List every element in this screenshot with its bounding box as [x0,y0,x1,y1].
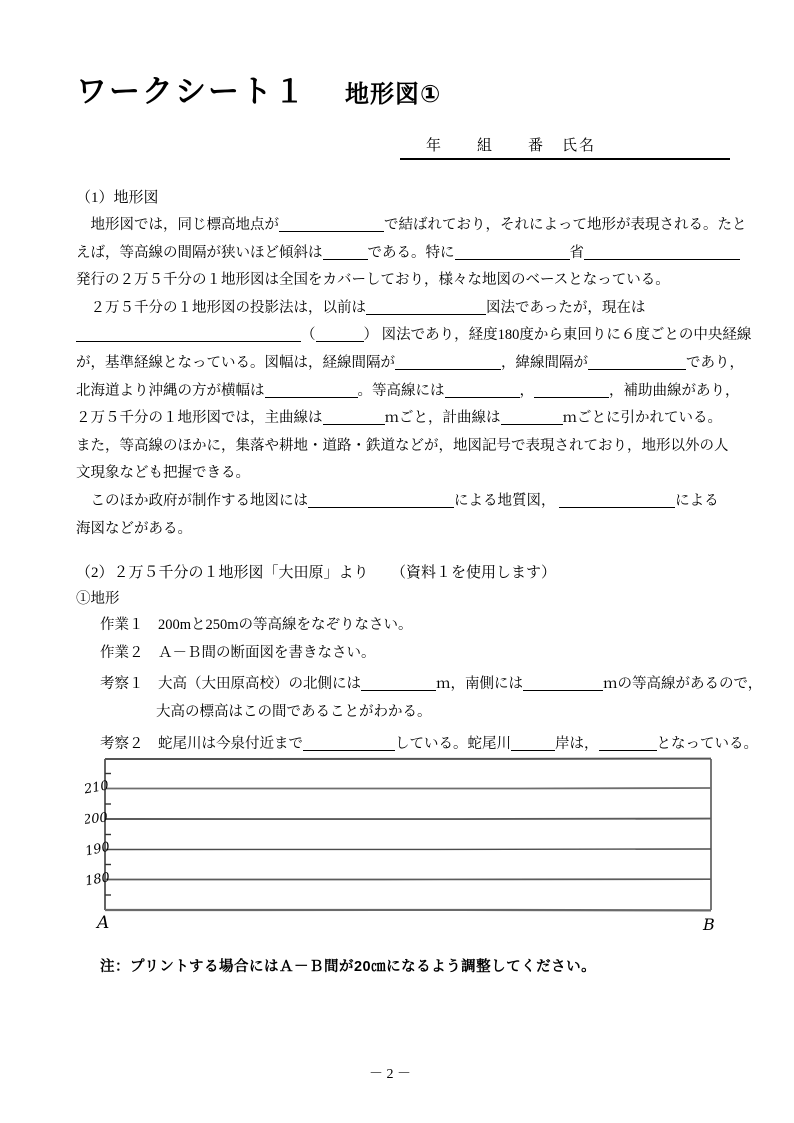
page-number: － 2 － [0,1063,780,1083]
worksheet-page: ワークシート１ 地形図① 年 組 番 氏名 （1）地形図 地形図では，同じ標高地… [0,0,794,1123]
text-segment: 作業１ 200mと250mの等高線をなぞりなさい。 [100,617,413,633]
text-segment: 大高の標高はこの間であることがわかる。 [156,704,432,720]
section2-text: 作業１ 200mと250mの等高線をなぞりなさい。作業２ Ａ－Ｂ間の断面図を書き… [76,612,730,758]
fill-in-blank [455,243,570,260]
text-line: 北海道より沖縄の方が横幅は。等高線には，，補助曲線があり， [76,378,730,406]
text-segment: ｍ，南側には [436,676,523,692]
text-line: また，等高線のほかに，集落や耕地・道路・鉄道などが，地図記号で表現されており，地… [76,433,730,461]
text-segment: で結ばれており，それによって地形が表現される。たと [384,217,747,233]
text-segment: による [675,493,719,509]
text-line: 考察１ 大高（大田原高校）の北側にはｍ，南側にはｍの等高線があるので， [76,671,730,699]
text-segment: 図法であったが，現在は [486,300,645,316]
fill-in-blank [445,381,520,398]
grid-svg: 210 200 190 180 A B [85,750,735,945]
fill-in-blank [584,243,740,260]
title-row: ワークシート１ 地形図① [76,66,730,110]
fill-in-blank [501,408,563,425]
section1-heading: （1）地形図 [76,184,730,212]
text-segment: ｍごとに引かれている。 [563,410,723,426]
fill-in-blank [559,491,675,508]
text-line: が，基準経線となっている。図幅は，経線間隔が，緯線間隔がであり， [76,350,730,378]
text-segment: ｍの等高線があるので， [603,676,762,692]
fill-in-blank [279,215,384,232]
fill-in-blank [599,734,657,751]
text-segment: ） 図法であり，経度180度から東回りに６度ごとの中央経線 [364,327,752,343]
text-segment: 地形図では，同じ標高地点が [76,217,279,233]
fill-in-blank [265,381,358,398]
fill-in-blank [323,408,385,425]
text-line: （） 図法であり，経度180度から東回りに６度ごとの中央経線 [76,322,730,350]
grid-line-190 [105,849,711,850]
text-line: 地形図では，同じ標高地点がで結ばれており，それによって地形が表現される。たと [76,212,730,240]
text-line: 発行の２万５千分の１地形図は全国をカバーしており，様々な地図のベースとなっている… [76,267,730,295]
fill-in-blank [316,325,364,342]
text-line: 作業２ Ａ－Ｂ間の断面図を書きなさい。 [76,640,730,668]
text-segment: ，補助曲線があり， [609,383,740,399]
text-segment: であり， [686,355,744,371]
y-tick-label-210: 210 [85,778,110,797]
fill-in-blank [323,243,368,260]
text-line: 作業１ 200mと250mの等高線をなぞりなさい。 [76,612,730,640]
text-segment: ｍごと，計曲線は [385,410,501,426]
endpoint-label-b: B [702,915,715,934]
text-segment: 発行の２万５千分の１地形図は全国をカバーしており，様々な地図のベースとなっている… [76,272,670,288]
fill-in-blank [361,674,436,691]
text-segment: ２万５千分の１地形図では，主曲線は [76,410,323,426]
section2-subheading: ①地形 [76,587,730,612]
y-tick-label-180: 180 [85,870,111,889]
page-title: ワークシート１ [76,66,307,111]
text-segment: えば，等高線の間隔が狭いほど傾斜は [76,245,323,261]
fill-in-blank [76,325,301,342]
grid-bottom-line [105,910,711,911]
cross-section-grid: 210 200 190 180 A B [85,750,735,945]
text-segment: （ [301,327,316,343]
fill-in-blank [588,353,686,370]
text-segment: 省 [570,245,585,261]
fill-in-blank [308,491,454,508]
text-line: ２万５千分の１地形図の投影法は，以前は図法であったが，現在は [76,295,730,323]
text-segment: 。等高線には [358,383,445,399]
fill-in-blank [534,381,609,398]
text-line: このほか政府が制作する地図にはによる地質図， による [76,488,730,516]
y-tick-label-190: 190 [85,840,111,860]
y-tick-label-200: 200 [85,810,109,828]
text-segment: 作業２ Ａ－Ｂ間の断面図を書きなさい。 [100,645,376,661]
fill-in-blank [303,734,395,751]
text-segment: が，基準経線となっている。図幅は，経線間隔が [76,355,395,371]
text-segment: 北海道より沖縄の方が横幅は [76,383,265,399]
fill-in-blank [523,674,603,691]
section1-text: 地形図では，同じ標高地点がで結ばれており，それによって地形が表現される。たとえば… [76,212,730,543]
page-subtitle: 地形図① [345,74,441,109]
text-segment: 海図などがある。 [76,521,192,537]
text-segment: である。特に [368,245,455,261]
text-line: ２万５千分の１地形図では，主曲線はｍごと，計曲線はｍごとに引かれている。 [76,405,730,433]
text-segment: また，等高線のほかに，集落や耕地・道路・鉄道などが，地図記号で表現されており，地… [76,438,729,454]
text-segment: 考察１ 大高（大田原高校）の北側には [100,676,361,692]
fill-in-blank [366,298,486,315]
student-name-field: 年 組 番 氏名 [400,132,730,160]
text-segment: このほか政府が制作する地図には [76,493,308,509]
print-note: 注：プリントする場合にはＡ－Ｂ間が20㎝になるよう調整してください。 [100,955,596,976]
grid-line-200 [105,819,711,820]
text-segment: ２万５千分の１地形図の投影法は，以前は [76,300,366,316]
section2-heading: （2）２万５千分の１地形図「大田原」より （資料１を使用します） [76,559,730,587]
text-segment: ， [520,383,535,399]
text-line: 文現象なども把握できる。 [76,460,730,488]
text-line: 大高の標高はこの間であることがわかる。 [76,699,730,727]
fill-in-blank [511,734,555,751]
text-segment: による地質図， [454,493,559,509]
text-segment: 文現象なども把握できる。 [76,465,250,481]
fill-in-blank [395,353,501,370]
text-line: えば，等高線の間隔が狭いほど傾斜はである。特に省 [76,240,730,268]
text-line: 海図などがある。 [76,516,730,544]
grid-line-210 [105,788,711,789]
endpoint-label-a: A [95,913,109,933]
text-segment: ，緯線間隔が [501,355,588,371]
